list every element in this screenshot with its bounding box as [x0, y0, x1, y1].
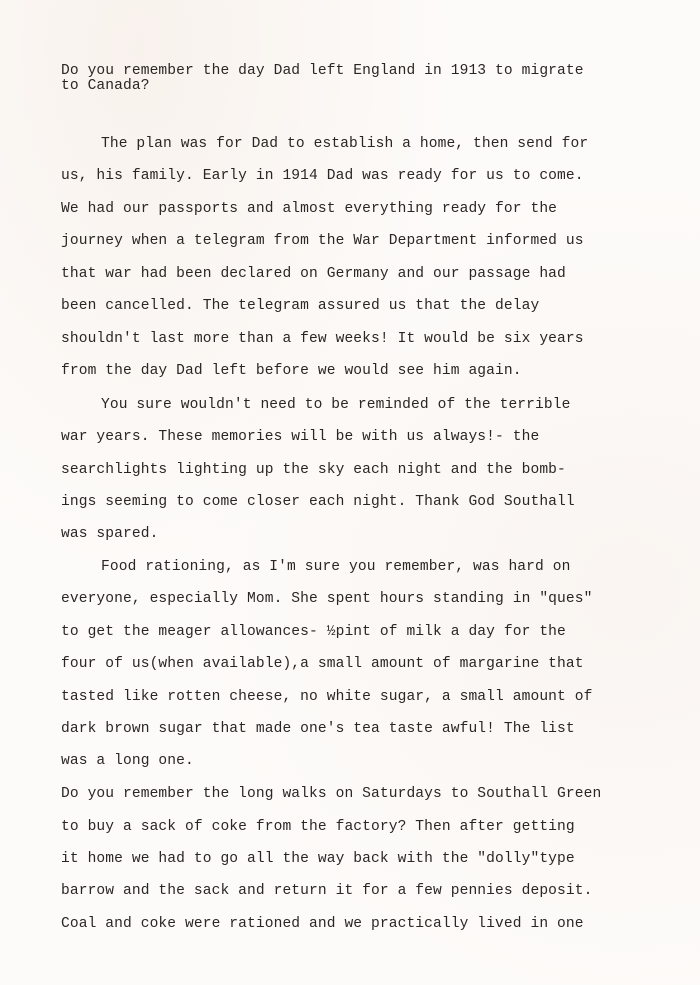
text-line: shouldn't last more than a few weeks! It…	[61, 331, 584, 347]
text-line: searchlights lighting up the sky each ni…	[61, 462, 566, 478]
text-line: was spared.	[61, 526, 158, 542]
text-line: from the day Dad left before we would se…	[61, 363, 522, 379]
text-line: journey when a telegram from the War Dep…	[61, 233, 584, 249]
text-line: The plan was for Dad to establish a home…	[101, 136, 588, 152]
text-line: dark brown sugar that made one's tea tas…	[61, 721, 575, 737]
text-line: that war had been declared on Germany an…	[61, 266, 566, 282]
text-line: barrow and the sack and return it for a …	[61, 883, 592, 899]
text-line: to buy a sack of coke from the factory? …	[61, 819, 575, 835]
text-line: to get the meager allowances- ½pint of m…	[61, 624, 566, 640]
text-line: Do you remember the long walks on Saturd…	[61, 786, 601, 802]
text-line: everyone, especially Mom. She spent hour…	[61, 591, 592, 607]
text-line: You sure wouldn't need to be reminded of…	[101, 397, 570, 413]
text-line: us, his family. Early in 1914 Dad was re…	[61, 168, 584, 184]
text-line: it home we had to go all the way back wi…	[61, 851, 575, 867]
text-line: to Canada?	[61, 78, 150, 94]
text-line: tasted like rotten cheese, no white suga…	[61, 689, 592, 705]
text-line: We had our passports and almost everythi…	[61, 201, 557, 217]
typewritten-page: Do you remember the day Dad left England…	[0, 0, 700, 985]
text-line: Food rationing, as I'm sure you remember…	[101, 559, 570, 575]
text-line: ings seeming to come closer each night. …	[61, 494, 575, 510]
text-line: been cancelled. The telegram assured us …	[61, 298, 539, 314]
text-line: was a long one.	[61, 753, 194, 769]
text-line: Coal and coke were rationed and we pract…	[61, 916, 584, 932]
text-line: four of us(when available),a small amoun…	[61, 656, 584, 672]
text-line: Do you remember the day Dad left England…	[61, 63, 584, 79]
text-line: war years. These memories will be with u…	[61, 429, 539, 445]
